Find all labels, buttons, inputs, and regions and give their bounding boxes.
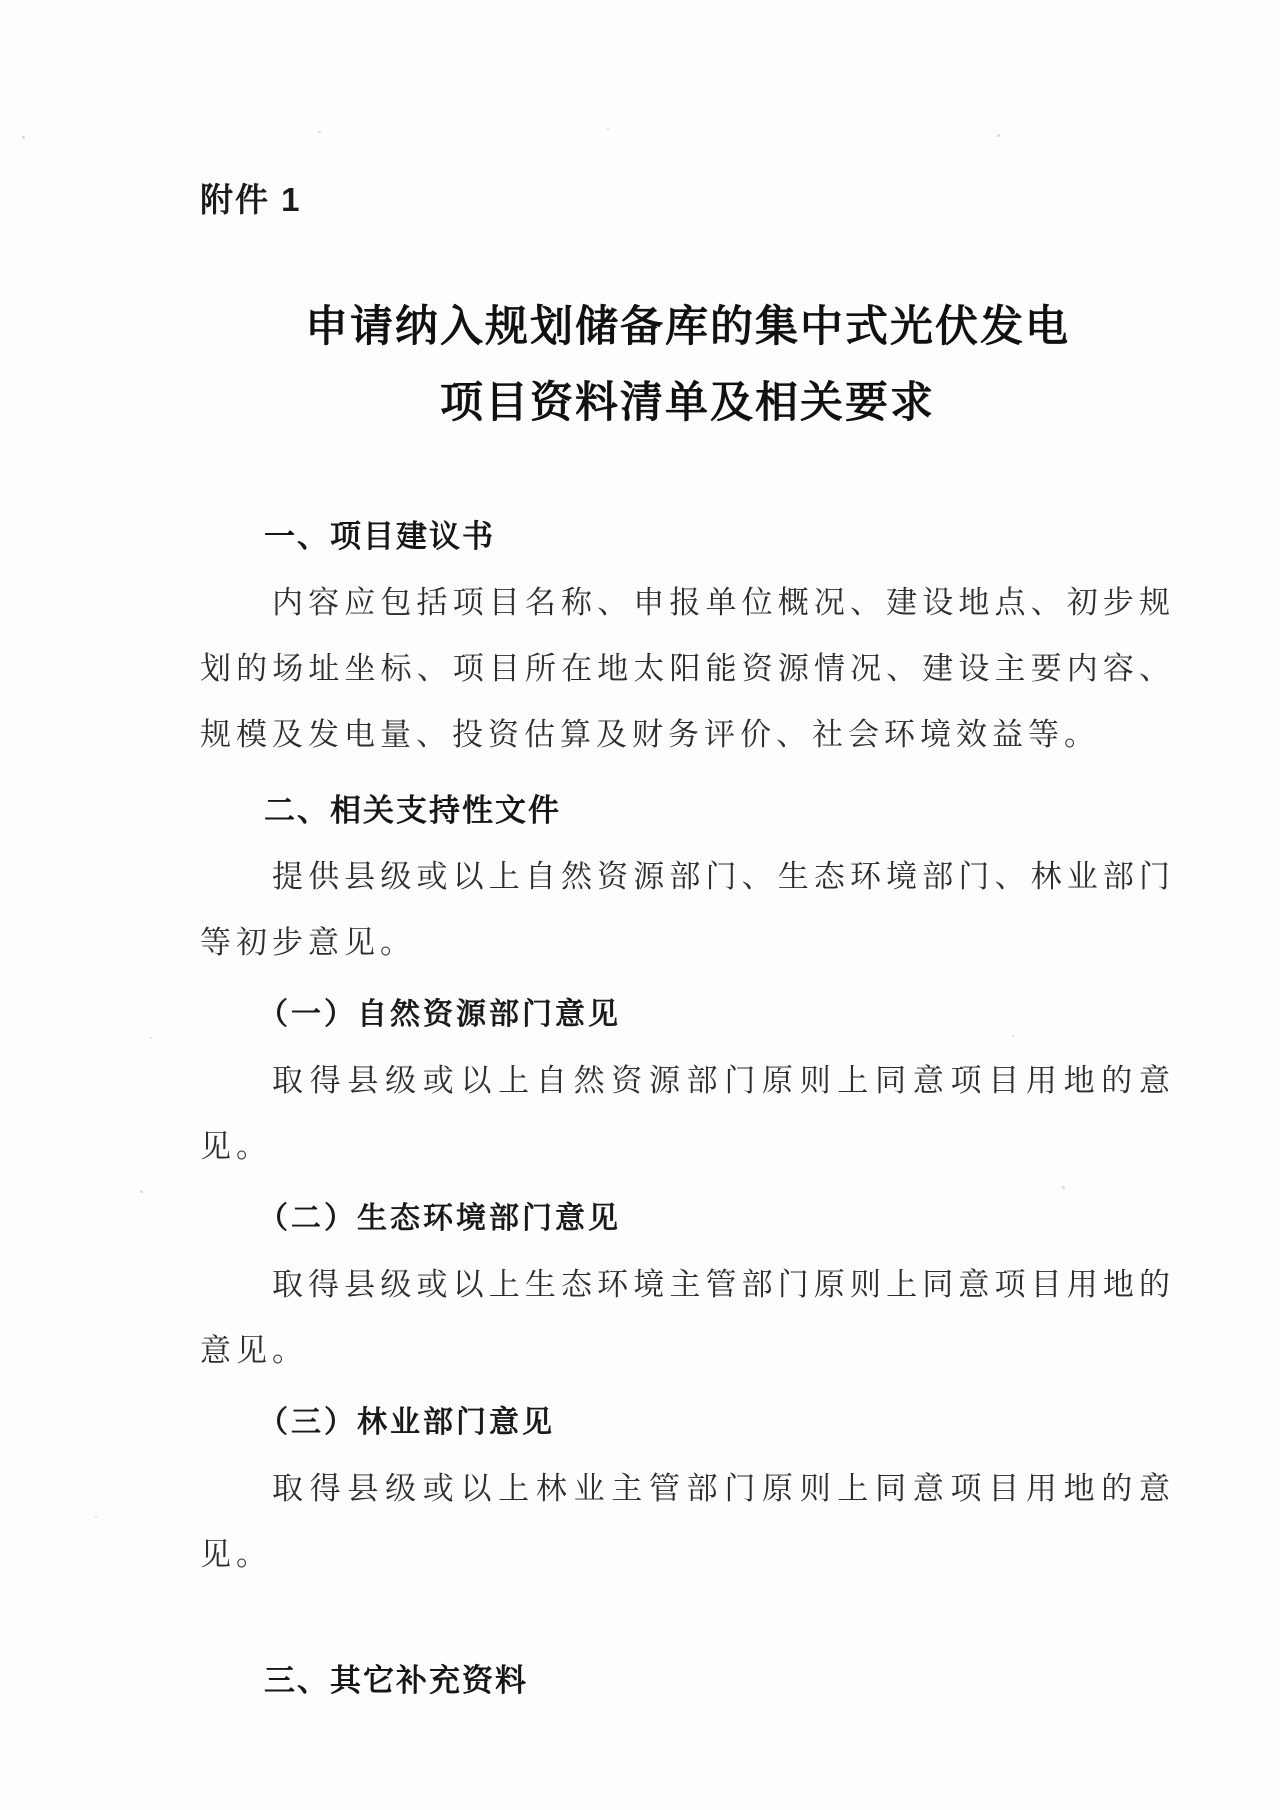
scan-artifact: [318, 131, 321, 133]
attachment-label: 附件 1: [200, 180, 1175, 220]
subsection-heading-forestry-opinion: （三）林业部门意见: [200, 1390, 1175, 1456]
document-title: 申请纳入规划储备库的集中式光伏发电 项目资料清单及相关要求: [200, 290, 1175, 442]
section-2-paragraph: 提供县级或以上自然资源部门、生态环境部门、林业部门等初步意见。: [200, 844, 1175, 976]
subsection-2-paragraph: 取得县级或以上生态环境主管部门原则上同意项目用地的意见。: [200, 1252, 1175, 1384]
scan-artifact: [607, 128, 609, 130]
subsection-heading-ecological-environment-opinion: （二）生态环境部门意见: [200, 1186, 1175, 1252]
document-title-line-2: 项目资料清单及相关要求: [200, 366, 1175, 442]
scan-artifact: [150, 1037, 152, 1039]
scan-artifact: [95, 1516, 97, 1518]
section-heading-other-supplementary-materials: 三、其它补充资料: [200, 1648, 1175, 1714]
scan-artifact: [1012, 1035, 1014, 1037]
document-title-line-1: 申请纳入规划储备库的集中式光伏发电: [200, 290, 1175, 366]
subsection-1-paragraph: 取得县级或以上自然资源部门原则上同意项目用地的意见。: [200, 1048, 1175, 1180]
section-heading-project-proposal: 一、项目建议书: [200, 504, 1175, 570]
section-1-paragraph: 内容应包括项目名称、申报单位概况、建设地点、初步规划的场址坐标、项目所在地太阳能…: [200, 570, 1175, 768]
scan-artifact: [22, 136, 25, 139]
scanned-document-page: 附件 1 申请纳入规划储备库的集中式光伏发电 项目资料清单及相关要求 一、项目建…: [0, 0, 1280, 1810]
subsection-3-paragraph: 取得县级或以上林业主管部门原则上同意项目用地的意见。: [200, 1456, 1175, 1588]
subsection-heading-natural-resources-opinion: （一）自然资源部门意见: [200, 982, 1175, 1048]
section-heading-supporting-documents: 二、相关支持性文件: [200, 778, 1175, 844]
scan-artifact: [1062, 1186, 1065, 1189]
scan-artifact: [140, 1190, 143, 1193]
scan-artifact: [997, 134, 1000, 137]
